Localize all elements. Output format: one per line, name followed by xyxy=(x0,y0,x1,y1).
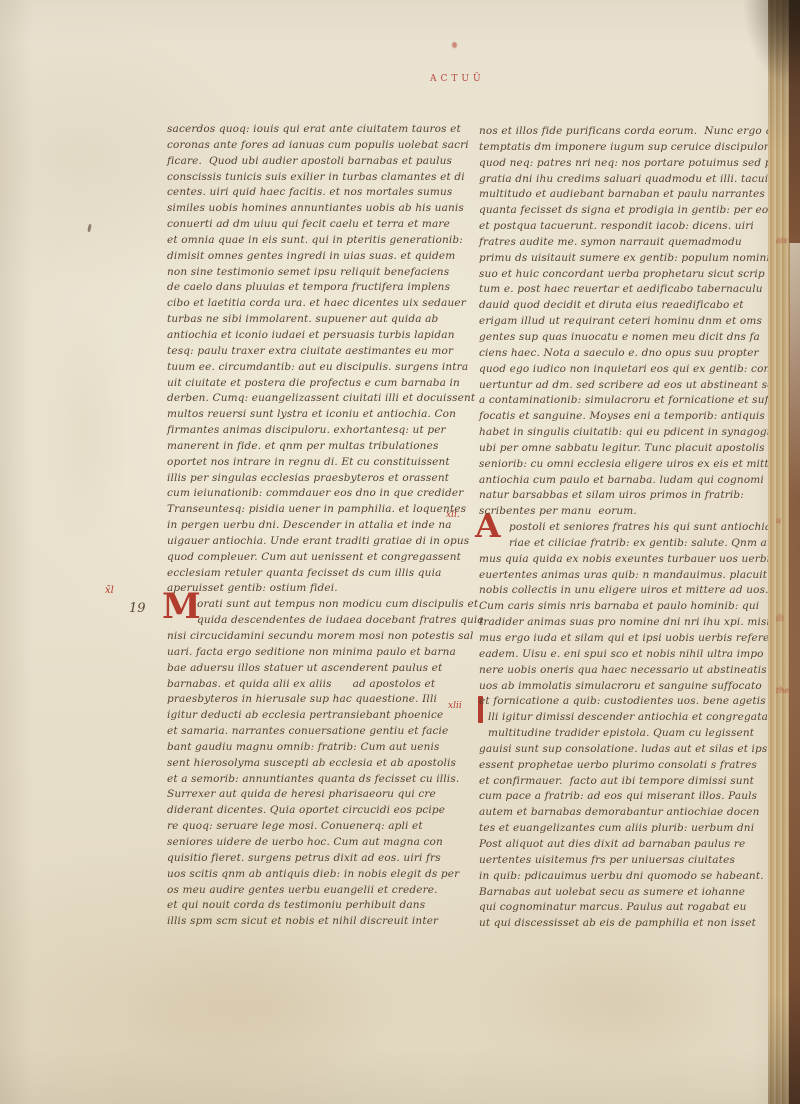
manuscript-line: gauisi sunt sup consolatione. ludas aut … xyxy=(479,742,781,758)
section-number-xl: x̄l xyxy=(105,585,114,596)
manuscript-line: nisi circucidamini secundu morem mosi no… xyxy=(167,629,469,645)
manuscript-line: bant gaudiu magnu omnib: fratrib: Cum au… xyxy=(167,740,469,756)
manuscript-line: gratia dni ihu credims saluari quadmodu … xyxy=(479,172,781,188)
manuscript-line: fratres audite me. symon narrauit quemad… xyxy=(479,235,781,251)
manuscript-line: manerent in fide. et qnm per multas trib… xyxy=(167,439,469,455)
manuscript-line: sacerdos quoq: iouis qui erat ante ciuit… xyxy=(167,122,469,138)
manuscript-line: quida descendentes de iudaea docebant fr… xyxy=(167,613,469,629)
manuscript-line: primu ds uisitauit sumere ex gentib: pop… xyxy=(479,251,781,267)
manuscript-line: riae et ciliciae fratrib: ex gentib: sal… xyxy=(479,536,781,552)
manuscript-line: Surrexer aut quida de heresi pharisaeoru… xyxy=(167,787,469,803)
manuscript-line: euertentes animas uras quib: n mandauimu… xyxy=(479,568,781,584)
fore-edge-red-mark: the xyxy=(776,686,789,695)
manuscript-line: de caelo dans pluuias et tempora fructif… xyxy=(167,280,469,296)
manuscript-line: tuum ee. circumdantib: aut eu discipulis… xyxy=(167,360,469,376)
manuscript-line: ciens haec. Nota a saeculo e. dno opus s… xyxy=(479,346,781,362)
manuscript-line: essent prophetae uerbo plurimo consolati… xyxy=(479,758,781,774)
manuscript-line: et confirmauer. facto aut ibi tempore di… xyxy=(479,774,781,790)
manuscript-line: scribentes per manu eorum. xyxy=(479,504,781,520)
manuscript-line: lli igitur dimissi descender antiochia e… xyxy=(479,710,781,726)
manuscript-line: temptatis dm imponere iugum sup ceruice … xyxy=(479,140,781,156)
manuscript-line: dimisit omnes gentes ingredi in uias sua… xyxy=(167,249,469,265)
manuscript-line: multos reuersi sunt lystra et iconiu et … xyxy=(167,407,469,423)
text-column-left: sacerdos quoq: iouis qui erat ante ciuit… xyxy=(167,122,469,930)
manuscript-line: Cum caris simis nris barnaba et paulo ho… xyxy=(479,599,781,615)
book-binding-edge xyxy=(789,0,800,1104)
manuscript-line: eadem. Uisu e. eni spui sco et nobis nih… xyxy=(479,647,781,663)
manuscript-line: gentes sup quas inuocatu e nomen meu dic… xyxy=(479,330,781,346)
manuscript-line: focatis et sanguine. Moyses eni a tempor… xyxy=(479,409,781,425)
manuscript-line: in pergen uerbu dni. Descender in attali… xyxy=(167,518,469,534)
manuscript-line: cum ieiunationib: commdauer eos dno in q… xyxy=(167,486,469,502)
manuscript-line: tesq: paulu traxer extra ciuitate aestim… xyxy=(167,344,469,360)
fore-edge-red-mark: ili xyxy=(776,614,784,623)
manuscript-line: quod neq: patres nri neq: nos portare po… xyxy=(479,156,781,172)
manuscript-line: conuerti ad dm uiuu qui fecit caelu et t… xyxy=(167,217,469,233)
manuscript-line: mus ergo iuda et silam qui et ipsi uobis… xyxy=(479,631,781,647)
manuscript-line: et samaria. narrantes conuersatione gent… xyxy=(167,724,469,740)
manuscript-line: tradider animas suas pro nomine dni nri … xyxy=(479,615,781,631)
manuscript-line: dauid quod decidit et diruta eius reaedi… xyxy=(479,298,781,314)
manuscript-line: conscissis tunicis suis exilier in turba… xyxy=(167,170,469,186)
manuscript-line: natur barsabbas et silam uiros primos in… xyxy=(479,488,781,504)
manuscript-line: tes et euangelizantes cum aliis plurib: … xyxy=(479,821,781,837)
manuscript-line: cibo et laetitia corda ura. et haec dice… xyxy=(167,296,469,312)
manuscript-line: uos ab immolatis simulacroru et sanguine… xyxy=(479,679,781,695)
manuscript-line: barnabas. et quida alii ex aliis ad apos… xyxy=(167,677,469,693)
manuscript-line: bae aduersu illos statuer ut ascenderent… xyxy=(167,661,469,677)
manuscript-line: et a semorib: annuntiantes quanta ds fec… xyxy=(167,772,469,788)
fore-edge-page-stack xyxy=(768,0,790,1104)
manuscript-line: re quoq: seruare lege mosi. Conuenerq: a… xyxy=(167,819,469,835)
manuscript-line: non sine testimonio semet ipsu reliquit … xyxy=(167,265,469,281)
manuscript-line: antiochia cum paulo et barnaba. ludam qu… xyxy=(479,473,781,489)
manuscript-line: ut qui discessisset ab eis de pamphilia … xyxy=(479,916,781,932)
manuscript-line: diderant dicentes. Quia oportet circucid… xyxy=(167,803,469,819)
parchment-stain xyxy=(520,940,740,1070)
manuscript-line: uigauer antiochia. Unde erant traditi gr… xyxy=(167,534,469,550)
manuscript-line: autem et barnabas demorabantur antiochia… xyxy=(479,805,781,821)
manuscript-line: quanta fecisset ds signa et prodigia in … xyxy=(479,203,781,219)
manuscript-line: sent hierosolyma suscepti ab ecclesia et… xyxy=(167,756,469,772)
manuscript-line: ubi per omne sabbatu legitur. Tunc placu… xyxy=(479,441,781,457)
manuscript-line: derben. Cumq: euangelizassent ciuitati i… xyxy=(167,391,469,407)
corner-shadow xyxy=(742,0,800,90)
manuscript-line: uari. facta ergo seditione non minima pa… xyxy=(167,645,469,661)
manuscript-line: nobis collectis in unu eligere uiros et … xyxy=(479,583,781,599)
manuscript-line: et qui nouit corda ds testimoniu perhibu… xyxy=(167,898,469,914)
manuscript-line: oportet nos intrare in regnu di. Et cu c… xyxy=(167,455,469,471)
manuscript-line: illis spm scm sicut et nobis et nihil di… xyxy=(167,914,469,930)
manuscript-line: Transeuntesq: pisidia uener in pamphilia… xyxy=(167,502,469,518)
parchment-page: ACTUŪ x̄l 19 xli. xlii M A I sacerdos qu… xyxy=(0,0,800,1104)
manuscript-line: nere uobis oneris qua haec necessario ut… xyxy=(479,663,781,679)
manuscript-line: seniores uidere de uerbo hoc. Cum aut ma… xyxy=(167,835,469,851)
fore-edge-red-mark: u xyxy=(776,516,781,525)
manuscript-line: postoli et seniores fratres his qui sunt… xyxy=(479,520,781,536)
manuscript-line: orati sunt aut tempus non modicu cum dis… xyxy=(167,597,469,613)
manuscript-line: centes. uiri quid haec facitis. et nos m… xyxy=(167,185,469,201)
manuscript-line: coronas ante fores ad ianuas cum populis… xyxy=(167,138,469,154)
manuscript-line: Barnabas aut uolebat secu as sumere et i… xyxy=(479,885,781,901)
manuscript-line: aperuisset gentib: ostium fidei. xyxy=(167,581,469,597)
manuscript-line: tum e. post haec reuertar et aedificabo … xyxy=(479,282,781,298)
red-speck xyxy=(452,42,457,48)
manuscript-line: turbas ne sibi immolarent. supuener aut … xyxy=(167,312,469,328)
manuscript-line: illis per singulas ecclesias praesbytero… xyxy=(167,471,469,487)
manuscript-line: uertuntur ad dm. sed scribere ad eos ut … xyxy=(479,378,781,394)
manuscript-line: os meu audire gentes uerbu euangelii et … xyxy=(167,883,469,899)
manuscript-line: a contaminationib: simulacroru et fornic… xyxy=(479,393,781,409)
manuscript-line: antiochia et iconio iudaei et persuasis … xyxy=(167,328,469,344)
manuscript-line: cum pace a fratrib: ad eos qui miserant … xyxy=(479,789,781,805)
manuscript-line: in quib: pdicauimus uerbu dni quomodo se… xyxy=(479,869,781,885)
manuscript-line: et omnia quae in eis sunt. qui in pterit… xyxy=(167,233,469,249)
manuscript-line: similes uobis homines annuntiantes uobis… xyxy=(167,201,469,217)
manuscript-line: Post aliquot aut dies dixit ad barnaban … xyxy=(479,837,781,853)
fore-edge-red-mark: ais xyxy=(776,236,787,245)
manuscript-line: suo et huic concordant uerba prophetaru … xyxy=(479,267,781,283)
manuscript-line: et postqua tacuerunt. respondit iacob: d… xyxy=(479,219,781,235)
ink-speck xyxy=(87,224,92,232)
parchment-stain xyxy=(40,300,130,560)
folio-number: 19 xyxy=(129,601,146,616)
manuscript-line: mus quia quida ex nobis exeuntes turbaue… xyxy=(479,552,781,568)
manuscript-line: quod ego iudico non inquietari eos qui e… xyxy=(479,362,781,378)
manuscript-line: nos et illos fide purificans corda eorum… xyxy=(479,124,781,140)
manuscript-line: igitur deducti ab ecclesia pertransieban… xyxy=(167,708,469,724)
manuscript-line: quod compleuer. Cum aut uenissent et con… xyxy=(167,550,469,566)
manuscript-line: uertentes uisitemus frs per uniuersas ci… xyxy=(479,853,781,869)
parchment-stain xyxy=(120,930,400,1080)
text-column-right: nos et illos fide purificans corda eorum… xyxy=(479,124,781,932)
manuscript-line: habet in singulis ciuitatib: qui eu pdic… xyxy=(479,425,781,441)
manuscript-line: erigam illud ut requirant ceteri hominu … xyxy=(479,314,781,330)
manuscript-line: uit ciuitate et postera die profectus e … xyxy=(167,376,469,392)
manuscript-line: praesbyteros in hierusale sup hac quaest… xyxy=(167,692,469,708)
manuscript-line: qui cognominatur marcus. Paulus aut roga… xyxy=(479,900,781,916)
manuscript-line: ficare. Quod ubi audier apostoli barnaba… xyxy=(167,154,469,170)
running-title: ACTUŪ xyxy=(430,74,485,84)
manuscript-line: ecclesiam retuler quanta fecisset ds cum… xyxy=(167,566,469,582)
manuscript-line: et fornicatione a quib: custodientes uos… xyxy=(479,694,781,710)
manuscript-line: quisitio fieret. surgens petrus dixit ad… xyxy=(167,851,469,867)
manuscript-line: multitudo et audiebant barnaban et paulu… xyxy=(479,187,781,203)
manuscript-line: firmantes animas discipuloru. exhortante… xyxy=(167,423,469,439)
manuscript-line: seniorib: cu omni ecclesia eligere uiros… xyxy=(479,457,781,473)
manuscript-line: multitudine tradider epistola. Quam cu l… xyxy=(479,726,781,742)
manuscript-line: uos scitis qnm ab antiquis dieb: in nobi… xyxy=(167,867,469,883)
